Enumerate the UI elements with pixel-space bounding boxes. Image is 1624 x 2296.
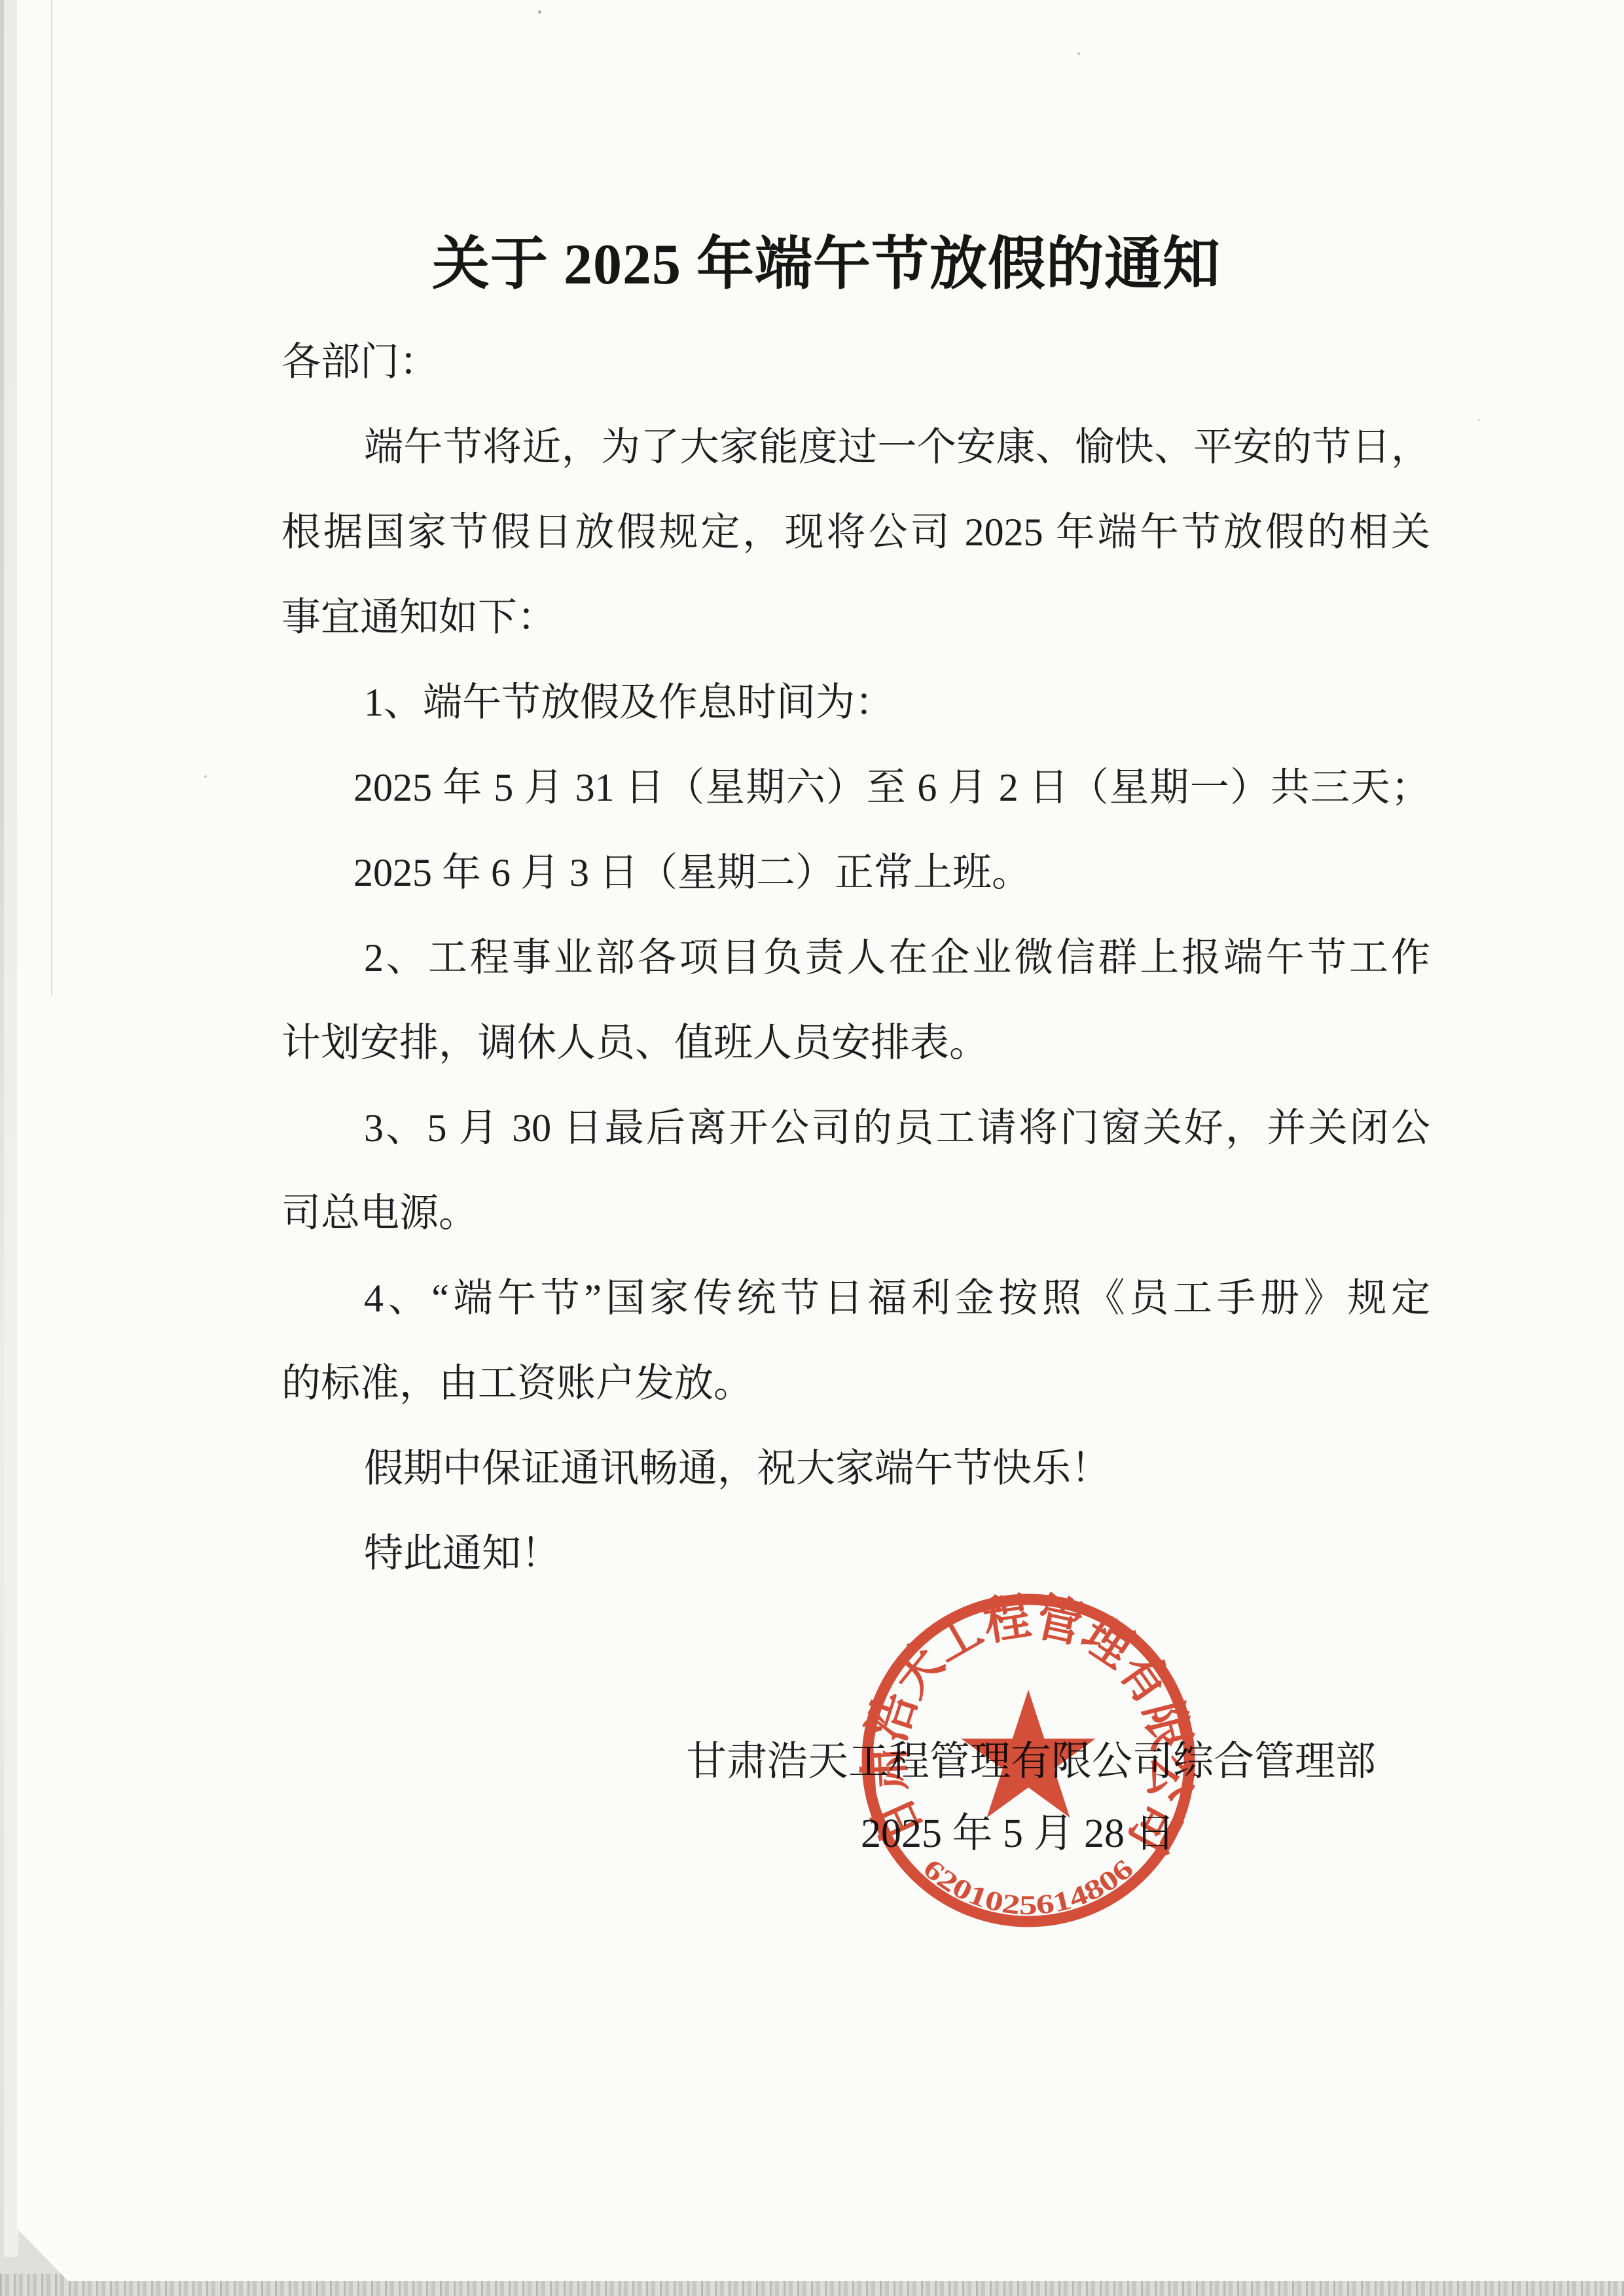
body-line: 4、“端午节”国家传统节日福利金按照《员工手册》规定 bbox=[281, 1256, 1430, 1341]
body-line: 2、工程事业部各项目负责人在企业微信群上报端午节工作 bbox=[281, 915, 1430, 1000]
body-line: 2025 年 5 月 31 日（星期六）至 6 月 2 日（星期一）共三天； bbox=[281, 745, 1430, 830]
company-seal-stamp: 甘肃浩天工程管理有限公司 6201025614806 bbox=[845, 1577, 1212, 1944]
paper-left-edge-highlight bbox=[4, 0, 18, 2257]
body-line: 事宜通知如下： bbox=[281, 575, 1430, 660]
body-line: 计划安排，调休人员、值班人员安排表。 bbox=[281, 1000, 1430, 1085]
scan-speck bbox=[538, 10, 541, 14]
body-line: 司总电源。 bbox=[281, 1171, 1430, 1256]
scan-fold-line bbox=[51, 0, 52, 995]
body-line: 2025 年 6 月 3 日（星期二）正常上班。 bbox=[281, 830, 1430, 915]
body-line: 根据国家节假日放假规定，现将公司 2025 年端午节放假的相关 bbox=[281, 490, 1430, 575]
notice-body: 各部门：端午节将近，为了大家能度过一个安康、愉快、平安的节日，根据国家节假日放假… bbox=[281, 319, 1430, 1596]
body-line: 假期中保证通讯畅通，祝大家端午节快乐！ bbox=[281, 1426, 1430, 1511]
seal-star-icon bbox=[961, 1690, 1095, 1817]
notice-title: 关于 2025 年端午节放假的通知 bbox=[14, 221, 1624, 309]
scan-speck bbox=[204, 775, 207, 778]
scan-speck bbox=[1478, 419, 1480, 421]
seal-code: 6201025614806 bbox=[917, 1853, 1140, 1921]
body-line: 各部门： bbox=[281, 319, 1430, 405]
body-line: 3、5 月 30 日最后离开公司的员工请将门窗关好，并关闭公 bbox=[281, 1085, 1430, 1171]
paper-sheet: 关于 2025 年端午节放假的通知 各部门：端午节将近，为了大家能度过一个安康、… bbox=[0, 0, 1624, 2296]
body-line: 的标准，由工资账户发放。 bbox=[281, 1341, 1430, 1426]
body-line: 1、端午节放假及作息时间为： bbox=[281, 660, 1430, 745]
scan-speck bbox=[1077, 52, 1080, 55]
scanned-notice-page: { "document": { "title": "关于 2025 年端午节放假… bbox=[0, 0, 1624, 2296]
body-line: 端午节将近，为了大家能度过一个安康、愉快、平安的节日， bbox=[281, 405, 1430, 490]
